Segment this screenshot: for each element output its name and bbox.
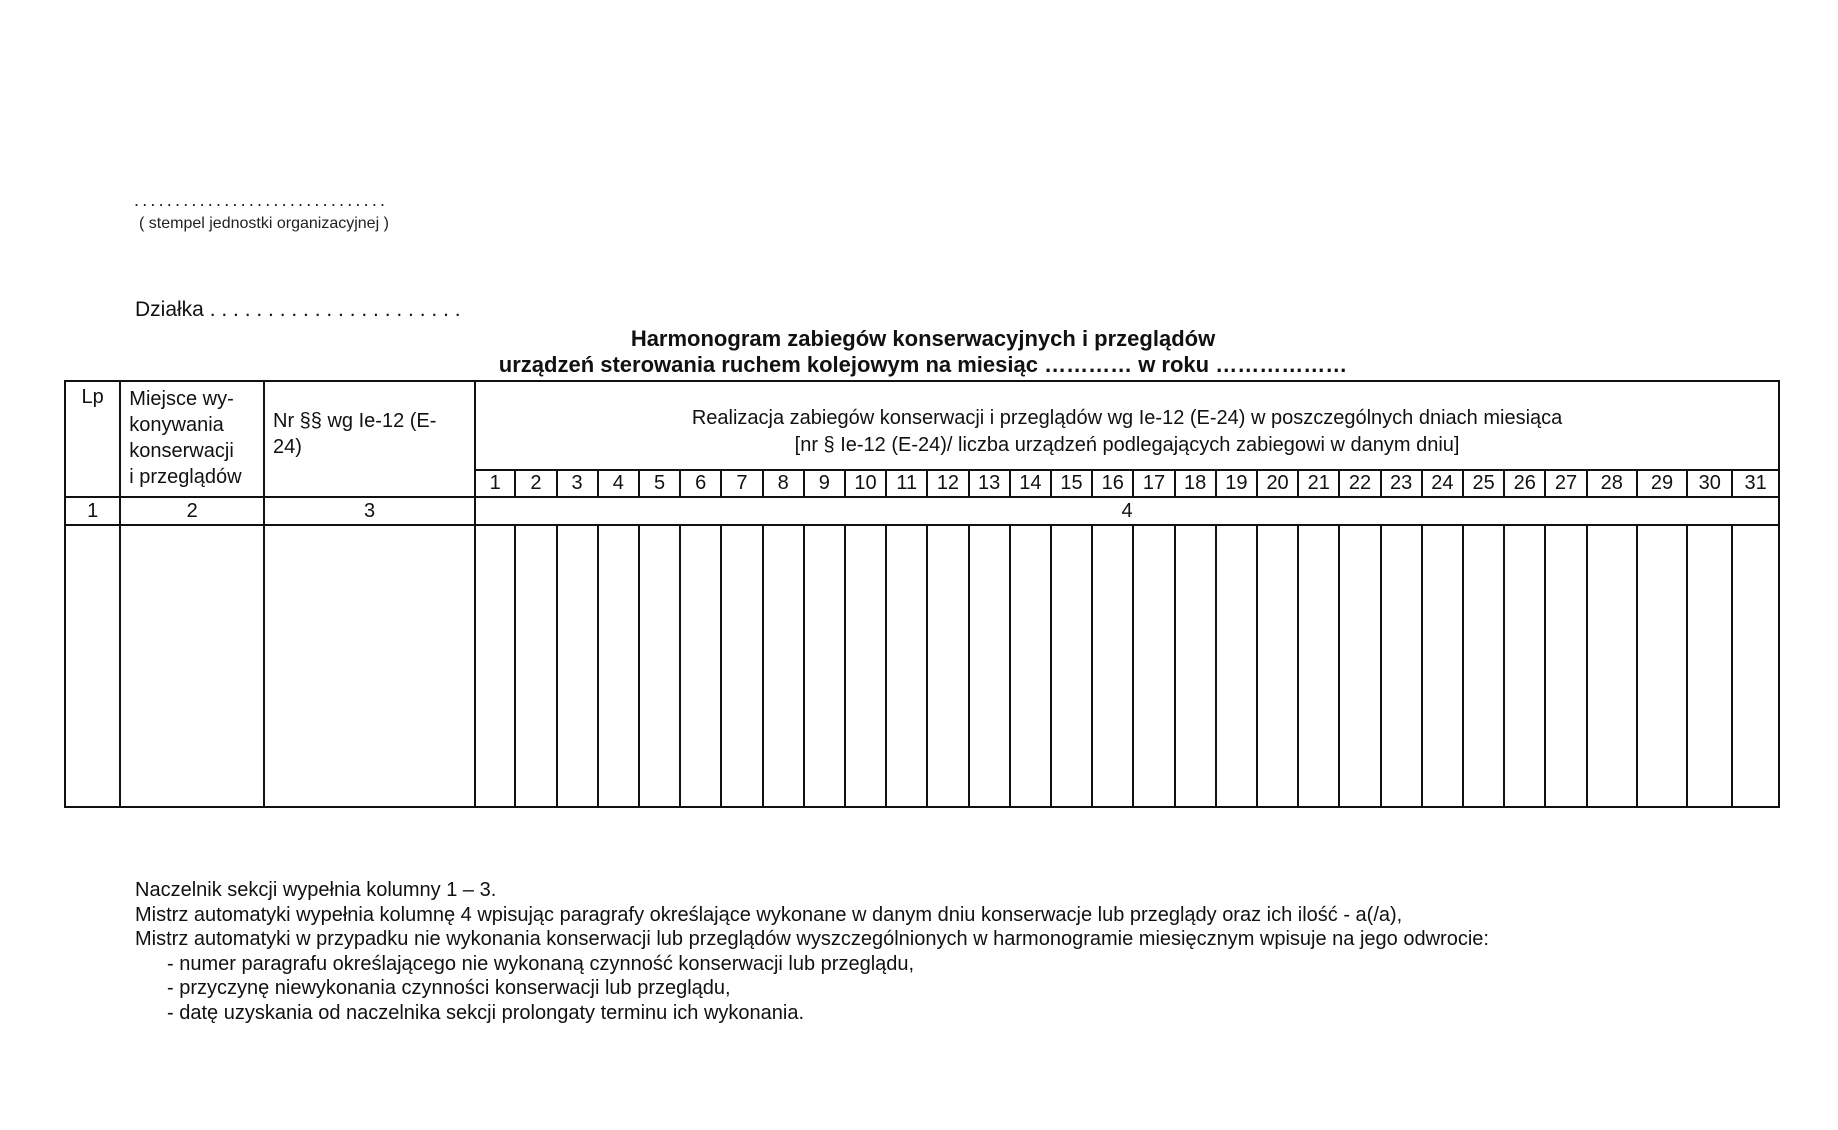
header-nr-paragraph: Nr §§ wg Ie-12 (E-24) <box>264 381 475 497</box>
cell-day-29[interactable] <box>1637 525 1687 807</box>
dzialka-field: Działka . . . . . . . . . . . . . . . . … <box>135 298 461 322</box>
cell-day-14[interactable] <box>1010 525 1051 807</box>
cell-day-13[interactable] <box>969 525 1010 807</box>
cell-day-23[interactable] <box>1381 525 1422 807</box>
column-number-2: 2 <box>120 497 264 525</box>
note-item-3: - datę uzyskania od naczelnika sekcji pr… <box>135 1001 1489 1026</box>
cell-day-11[interactable] <box>886 525 927 807</box>
cell-day-10[interactable] <box>845 525 886 807</box>
cell-nr-paragraph[interactable] <box>264 525 475 807</box>
realizacja-line2: [nr § Ie-12 (E-24)/ liczba urządzeń podl… <box>476 432 1778 459</box>
cell-day-2[interactable] <box>515 525 556 807</box>
header-lp: Lp <box>65 381 120 497</box>
cell-day-30[interactable] <box>1687 525 1732 807</box>
note-line-1: Naczelnik sekcji wypełnia kolumny 1 – 3. <box>135 878 1489 903</box>
day-header-14: 14 <box>1010 470 1051 497</box>
day-header-24: 24 <box>1422 470 1463 497</box>
day-header-19: 19 <box>1216 470 1257 497</box>
header-realizacja: Realizacja zabiegów konserwacji i przegl… <box>475 381 1779 470</box>
cell-day-15[interactable] <box>1051 525 1092 807</box>
column-number-4: 4 <box>475 497 1779 525</box>
cell-day-12[interactable] <box>927 525 968 807</box>
day-header-1: 1 <box>475 470 515 497</box>
cell-day-18[interactable] <box>1175 525 1216 807</box>
day-header-7: 7 <box>721 470 762 497</box>
day-header-21: 21 <box>1298 470 1339 497</box>
day-header-28: 28 <box>1587 470 1637 497</box>
cell-day-1[interactable] <box>475 525 515 807</box>
day-header-27: 27 <box>1545 470 1586 497</box>
day-header-9: 9 <box>804 470 845 497</box>
day-header-12: 12 <box>927 470 968 497</box>
day-header-17: 17 <box>1133 470 1174 497</box>
day-header-8: 8 <box>763 470 804 497</box>
table-row <box>65 525 1779 807</box>
cell-day-27[interactable] <box>1545 525 1586 807</box>
day-header-31: 31 <box>1732 470 1779 497</box>
cell-day-24[interactable] <box>1422 525 1463 807</box>
cell-day-28[interactable] <box>1587 525 1637 807</box>
cell-day-19[interactable] <box>1216 525 1257 807</box>
cell-lp[interactable] <box>65 525 120 807</box>
column-number-3: 3 <box>264 497 475 525</box>
column-number-1: 1 <box>65 497 120 525</box>
cell-day-3[interactable] <box>557 525 598 807</box>
cell-day-17[interactable] <box>1133 525 1174 807</box>
day-header-5: 5 <box>639 470 680 497</box>
note-line-3: Mistrz automatyki w przypadku nie wykona… <box>135 927 1489 952</box>
cell-day-6[interactable] <box>680 525 721 807</box>
day-header-18: 18 <box>1175 470 1216 497</box>
cell-day-4[interactable] <box>598 525 639 807</box>
cell-day-22[interactable] <box>1339 525 1380 807</box>
cell-day-26[interactable] <box>1504 525 1545 807</box>
day-header-30: 30 <box>1687 470 1732 497</box>
stamp-field-dots: ............................... <box>134 190 388 211</box>
day-header-16: 16 <box>1092 470 1133 497</box>
realizacja-line1: Realizacja zabiegów konserwacji i przegl… <box>476 405 1778 432</box>
cell-day-20[interactable] <box>1257 525 1298 807</box>
cell-day-9[interactable] <box>804 525 845 807</box>
day-header-10: 10 <box>845 470 886 497</box>
day-header-26: 26 <box>1504 470 1545 497</box>
day-header-13: 13 <box>969 470 1010 497</box>
day-header-29: 29 <box>1637 470 1687 497</box>
day-header-11: 11 <box>886 470 927 497</box>
day-header-2: 2 <box>515 470 556 497</box>
day-header-23: 23 <box>1381 470 1422 497</box>
instructions-notes: Naczelnik sekcji wypełnia kolumny 1 – 3.… <box>135 878 1489 1025</box>
day-header-4: 4 <box>598 470 639 497</box>
note-item-2: - przyczynę niewykonania czynności konse… <box>135 976 1489 1001</box>
document-title-line2: urządzeń sterowania ruchem kolejowym na … <box>150 352 1696 378</box>
day-header-25: 25 <box>1463 470 1504 497</box>
cell-day-8[interactable] <box>763 525 804 807</box>
day-header-15: 15 <box>1051 470 1092 497</box>
cell-day-7[interactable] <box>721 525 762 807</box>
document-title-line1: Harmonogram zabiegów konserwacyjnych i p… <box>150 326 1696 352</box>
day-header-6: 6 <box>680 470 721 497</box>
day-header-20: 20 <box>1257 470 1298 497</box>
stamp-caption: ( stempel jednostki organizacyjnej ) <box>139 215 389 233</box>
cell-day-21[interactable] <box>1298 525 1339 807</box>
day-header-3: 3 <box>557 470 598 497</box>
cell-day-31[interactable] <box>1732 525 1779 807</box>
note-line-2: Mistrz automatyki wypełnia kolumnę 4 wpi… <box>135 903 1489 928</box>
day-header-22: 22 <box>1339 470 1380 497</box>
schedule-table: LpMiejsce wy-konywaniakonserwacjii przeg… <box>64 380 1780 808</box>
header-row: LpMiejsce wy-konywaniakonserwacjii przeg… <box>65 381 1779 470</box>
note-item-1: - numer paragrafu określającego nie wyko… <box>135 952 1489 977</box>
cell-day-5[interactable] <box>639 525 680 807</box>
cell-miejsce[interactable] <box>120 525 264 807</box>
header-miejsce: Miejsce wy-konywaniakonserwacjii przeglą… <box>120 381 264 497</box>
column-numbers-row: 1234 <box>65 497 1779 525</box>
cell-day-16[interactable] <box>1092 525 1133 807</box>
cell-day-25[interactable] <box>1463 525 1504 807</box>
